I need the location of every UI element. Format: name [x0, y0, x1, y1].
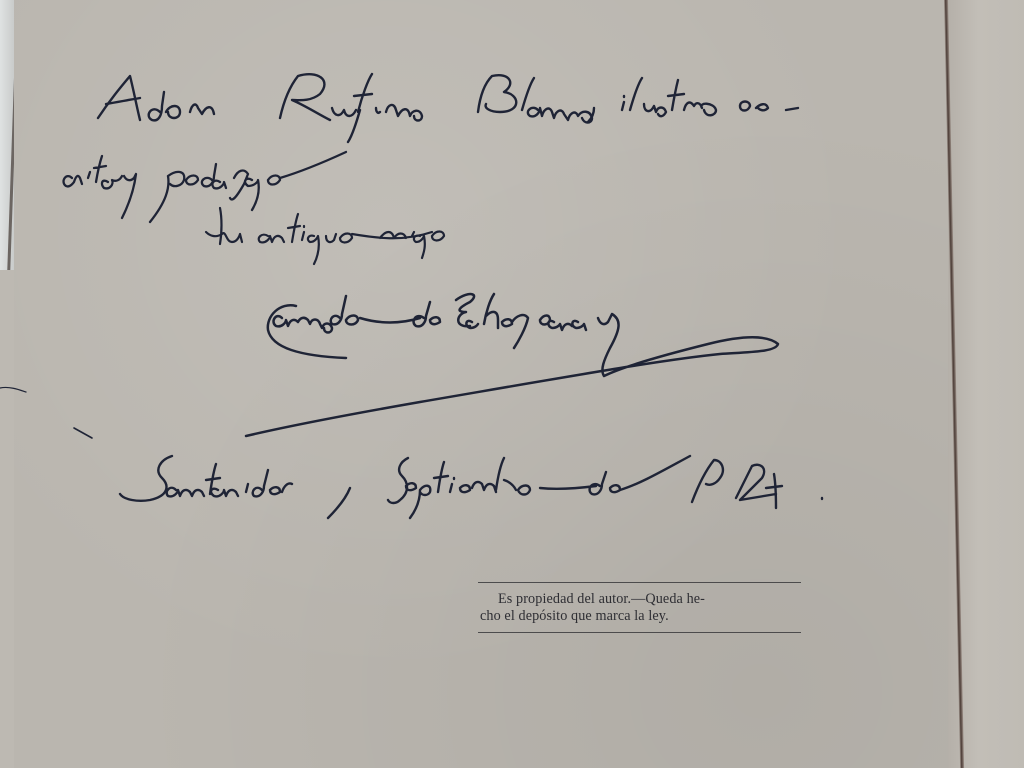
dedication-line-1: A don Rufino Blanco, ilustre es- — [96, 80, 640, 120]
dedication-line-3: Su antiguo amigo — [196, 212, 464, 247]
book-spread: A don Rufino Blanco, ilustre es- critor … — [0, 0, 1024, 768]
place-date-text: Santander, Septiembre de 1924. — [118, 460, 676, 500]
notice-line-1: Es propiedad del autor.—Queda he- — [478, 591, 801, 608]
copyright-notice: Es propiedad del autor.—Queda he- cho el… — [478, 582, 801, 633]
notice-top-rule — [478, 582, 801, 583]
dedication-line-2: critor y pedagogo — [60, 152, 330, 187]
notice-line-2: cho el depósito que marca la ley. — [478, 608, 801, 625]
notice-bottom-rule — [478, 632, 801, 633]
signature-text: Carmelo de Echegaray — [266, 294, 636, 332]
notice-text: Es propiedad del autor.—Queda he- cho el… — [478, 583, 801, 632]
